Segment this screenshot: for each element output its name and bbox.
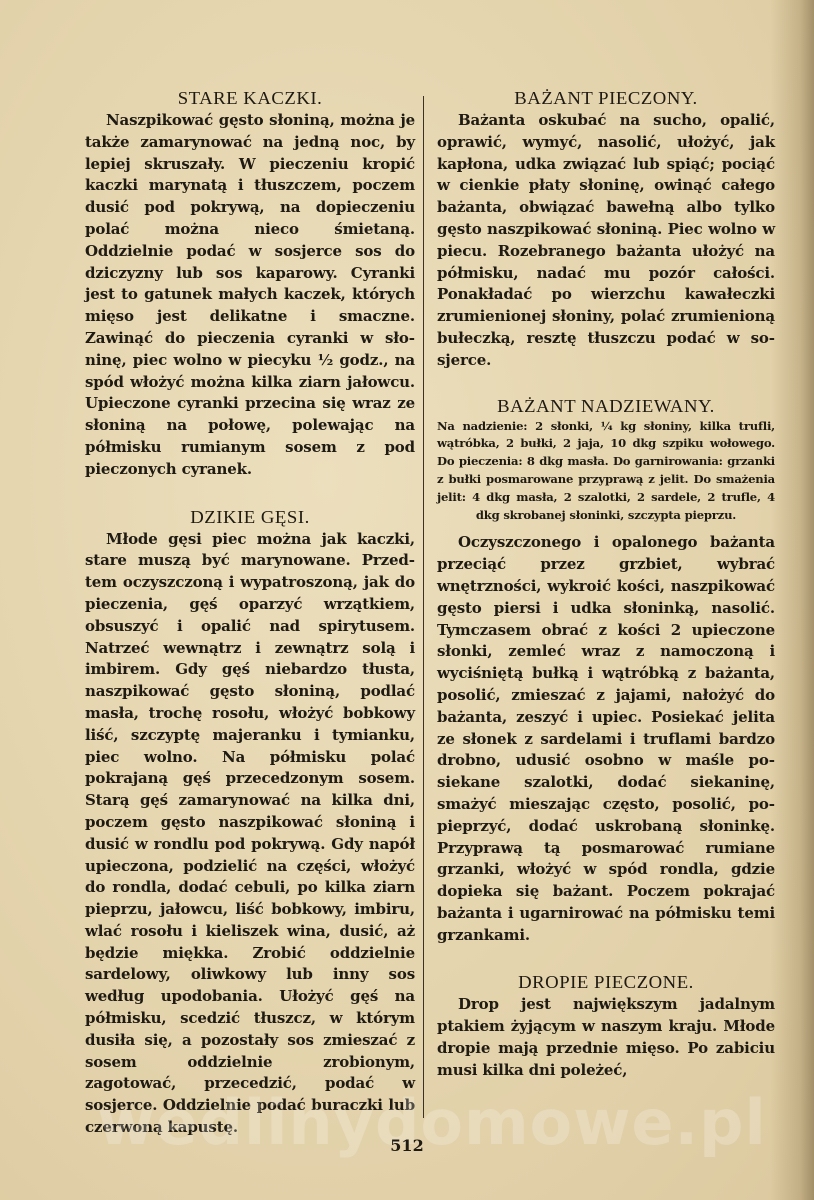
section-spacer	[85, 481, 415, 505]
recipe-stare-kaczki: STARE KACZKI. Naszpikować gęsto słoniną,…	[85, 86, 415, 481]
recipe-dzikie-gesi: DZIKIE GĘSI. Młode gęsi piec można jak k…	[85, 505, 415, 1139]
section-body: Bażanta oskubać na sucho, opa­lić, opraw…	[437, 110, 775, 372]
section-title: BAŻANT NADZIEWANY.	[430, 394, 782, 418]
section-title: DZIKIE GĘSI.	[78, 505, 421, 529]
section-spacer	[437, 372, 775, 394]
section-body: Młode gęsi piec można jak kaczki, stare …	[85, 529, 415, 1139]
left-column: STARE KACZKI. Naszpikować gęsto słoniną,…	[85, 86, 415, 1139]
section-body: Naszpikować gęsto słoniną, można je takż…	[85, 110, 415, 481]
book-page: STARE KACZKI. Naszpikować gęsto słoniną,…	[0, 0, 814, 1200]
section-spacer	[437, 524, 775, 532]
section-body: Oczyszczonego i opalonego bażan­ta przec…	[437, 532, 775, 946]
right-column: BAŻANT PIECZONY. Bażanta oskubać na such…	[437, 86, 775, 1082]
section-title: STARE KACZKI.	[78, 86, 421, 110]
page-number: 512	[0, 1136, 814, 1155]
recipe-bazant-nadziewany: BAŻANT NADZIEWANY. Na nadzienie: 2 słonk…	[437, 394, 775, 947]
ingredients-list: Na nadzienie: 2 słonki, ¼ kg słoniny, ki…	[437, 418, 775, 525]
section-body: Drop jest największym jadalnym ptakiem ż…	[437, 994, 775, 1081]
section-title: DROPIE PIECZONE.	[430, 970, 782, 994]
section-title: BAŻANT PIECZONY.	[430, 86, 782, 110]
column-divider	[423, 96, 424, 1118]
section-spacer	[437, 946, 775, 970]
recipe-bazant-pieczony: BAŻANT PIECZONY. Bażanta oskubać na such…	[437, 86, 775, 372]
recipe-dropie-pieczone: DROPIE PIECZONE. Drop jest największym j…	[437, 970, 775, 1081]
